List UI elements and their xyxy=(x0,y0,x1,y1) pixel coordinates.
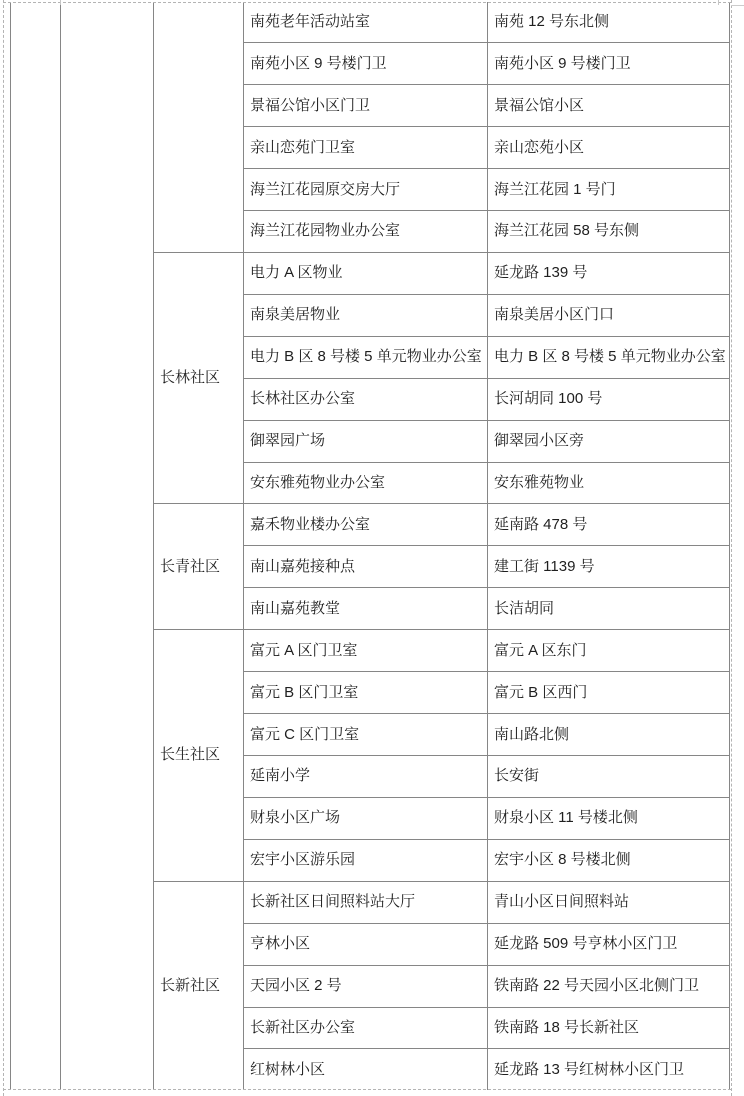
site-name-cell[interactable]: 海兰江花园原交房大厅 xyxy=(244,169,488,211)
site-name-cell[interactable]: 南山嘉苑教堂 xyxy=(244,588,488,630)
site-name-cell[interactable]: 亲山恋苑门卫室 xyxy=(244,127,488,169)
site-address-cell[interactable]: 青山小区日间照料站 xyxy=(488,881,730,923)
site-name-cell[interactable]: 景福公馆小区门卫 xyxy=(244,85,488,127)
site-name-cell[interactable]: 富元 B 区门卫室 xyxy=(244,672,488,714)
site-address-cell[interactable]: 南山路北侧 xyxy=(488,714,730,756)
community-cell[interactable]: 长生社区 xyxy=(154,630,244,882)
site-name-cell[interactable]: 红树林小区 xyxy=(244,1049,488,1090)
site-name-cell[interactable]: 亨林小区 xyxy=(244,923,488,965)
site-name-cell[interactable]: 嘉禾物业楼办公室 xyxy=(244,504,488,546)
site-address-cell[interactable]: 宏宇小区 8 号楼北侧 xyxy=(488,839,730,881)
site-address-cell[interactable]: 长洁胡同 xyxy=(488,588,730,630)
site-name-cell[interactable]: 富元 C 区门卫室 xyxy=(244,714,488,756)
community-cell[interactable]: 长新社区 xyxy=(154,881,244,1090)
site-address-cell[interactable]: 铁南路 18 号长新社区 xyxy=(488,1007,730,1049)
site-name-cell[interactable]: 南苑老年活动站室 xyxy=(244,2,488,43)
community-cell[interactable]: 长青社区 xyxy=(154,504,244,630)
site-address-cell[interactable]: 长安街 xyxy=(488,755,730,797)
site-address-cell[interactable]: 延龙路 509 号亨林小区门卫 xyxy=(488,923,730,965)
site-address-cell[interactable]: 景福公馆小区 xyxy=(488,85,730,127)
site-address-cell[interactable]: 电力 B 区 8 号楼 5 单元物业办公室 xyxy=(488,336,730,378)
site-address-cell[interactable]: 铁南路 22 号天园小区北侧门卫 xyxy=(488,965,730,1007)
page-boundary-right xyxy=(731,0,732,1096)
column-marker-tick xyxy=(60,0,61,5)
site-address-cell[interactable]: 南苑小区 9 号楼门卫 xyxy=(488,43,730,85)
site-address-cell[interactable]: 延龙路 13 号红树林小区门卫 xyxy=(488,1049,730,1090)
site-name-cell[interactable]: 延南小学 xyxy=(244,755,488,797)
site-address-cell[interactable]: 财泉小区 11 号楼北侧 xyxy=(488,797,730,839)
page-boundary-left xyxy=(3,0,4,1096)
page-boundary-top xyxy=(3,2,731,3)
site-address-cell[interactable]: 御翠园小区旁 xyxy=(488,420,730,462)
site-name-cell[interactable]: 富元 A 区门卫室 xyxy=(244,630,488,672)
site-address-cell[interactable]: 亲山恋苑小区 xyxy=(488,127,730,169)
site-name-cell[interactable]: 南苑小区 9 号楼门卫 xyxy=(244,43,488,85)
site-name-cell[interactable]: 天园小区 2 号 xyxy=(244,965,488,1007)
site-address-cell[interactable]: 南泉美居小区门口 xyxy=(488,294,730,336)
community-sites-table: 南苑老年活动站室南苑 12 号东北侧南苑小区 9 号楼门卫南苑小区 9 号楼门卫… xyxy=(10,2,730,1090)
community-cell[interactable] xyxy=(154,2,244,252)
site-address-cell[interactable]: 富元 B 区西门 xyxy=(488,672,730,714)
site-name-cell[interactable]: 长新社区日间照料站大厅 xyxy=(244,881,488,923)
site-name-cell[interactable]: 南山嘉苑接种点 xyxy=(244,546,488,588)
site-address-cell[interactable]: 富元 A 区东门 xyxy=(488,630,730,672)
site-name-cell[interactable]: 安东雅苑物业办公室 xyxy=(244,462,488,504)
site-address-cell[interactable]: 海兰江花园 1 号门 xyxy=(488,169,730,211)
site-name-cell[interactable]: 海兰江花园物业办公室 xyxy=(244,211,488,253)
site-address-cell[interactable]: 建工街 1139 号 xyxy=(488,546,730,588)
site-name-cell[interactable]: 南泉美居物业 xyxy=(244,294,488,336)
site-address-cell[interactable]: 安东雅苑物业 xyxy=(488,462,730,504)
margin-cell-inner[interactable] xyxy=(61,2,154,1090)
site-address-cell[interactable]: 延龙路 139 号 xyxy=(488,252,730,294)
site-name-cell[interactable]: 长林社区办公室 xyxy=(244,378,488,420)
site-name-cell[interactable]: 宏宇小区游乐园 xyxy=(244,839,488,881)
margin-cell-outer[interactable] xyxy=(11,2,61,1090)
site-name-cell[interactable]: 财泉小区广场 xyxy=(244,797,488,839)
site-address-cell[interactable]: 延南路 478 号 xyxy=(488,504,730,546)
site-name-cell[interactable]: 长新社区办公室 xyxy=(244,1007,488,1049)
document-page: 南苑老年活动站室南苑 12 号东北侧南苑小区 9 号楼门卫南苑小区 9 号楼门卫… xyxy=(0,0,744,1096)
site-name-cell[interactable]: 电力 B 区 8 号楼 5 单元物业办公室 xyxy=(244,336,488,378)
page-edge-line xyxy=(731,5,744,6)
column-marker-tick xyxy=(718,0,719,5)
table-row: 南苑老年活动站室南苑 12 号东北侧 xyxy=(11,2,730,43)
site-name-cell[interactable]: 御翠园广场 xyxy=(244,420,488,462)
site-address-cell[interactable]: 长河胡同 100 号 xyxy=(488,378,730,420)
site-address-cell[interactable]: 南苑 12 号东北侧 xyxy=(488,2,730,43)
site-name-cell[interactable]: 电力 A 区物业 xyxy=(244,252,488,294)
community-cell[interactable]: 长林社区 xyxy=(154,252,244,504)
page-boundary-bottom xyxy=(3,1089,731,1090)
site-address-cell[interactable]: 海兰江花园 58 号东侧 xyxy=(488,211,730,253)
